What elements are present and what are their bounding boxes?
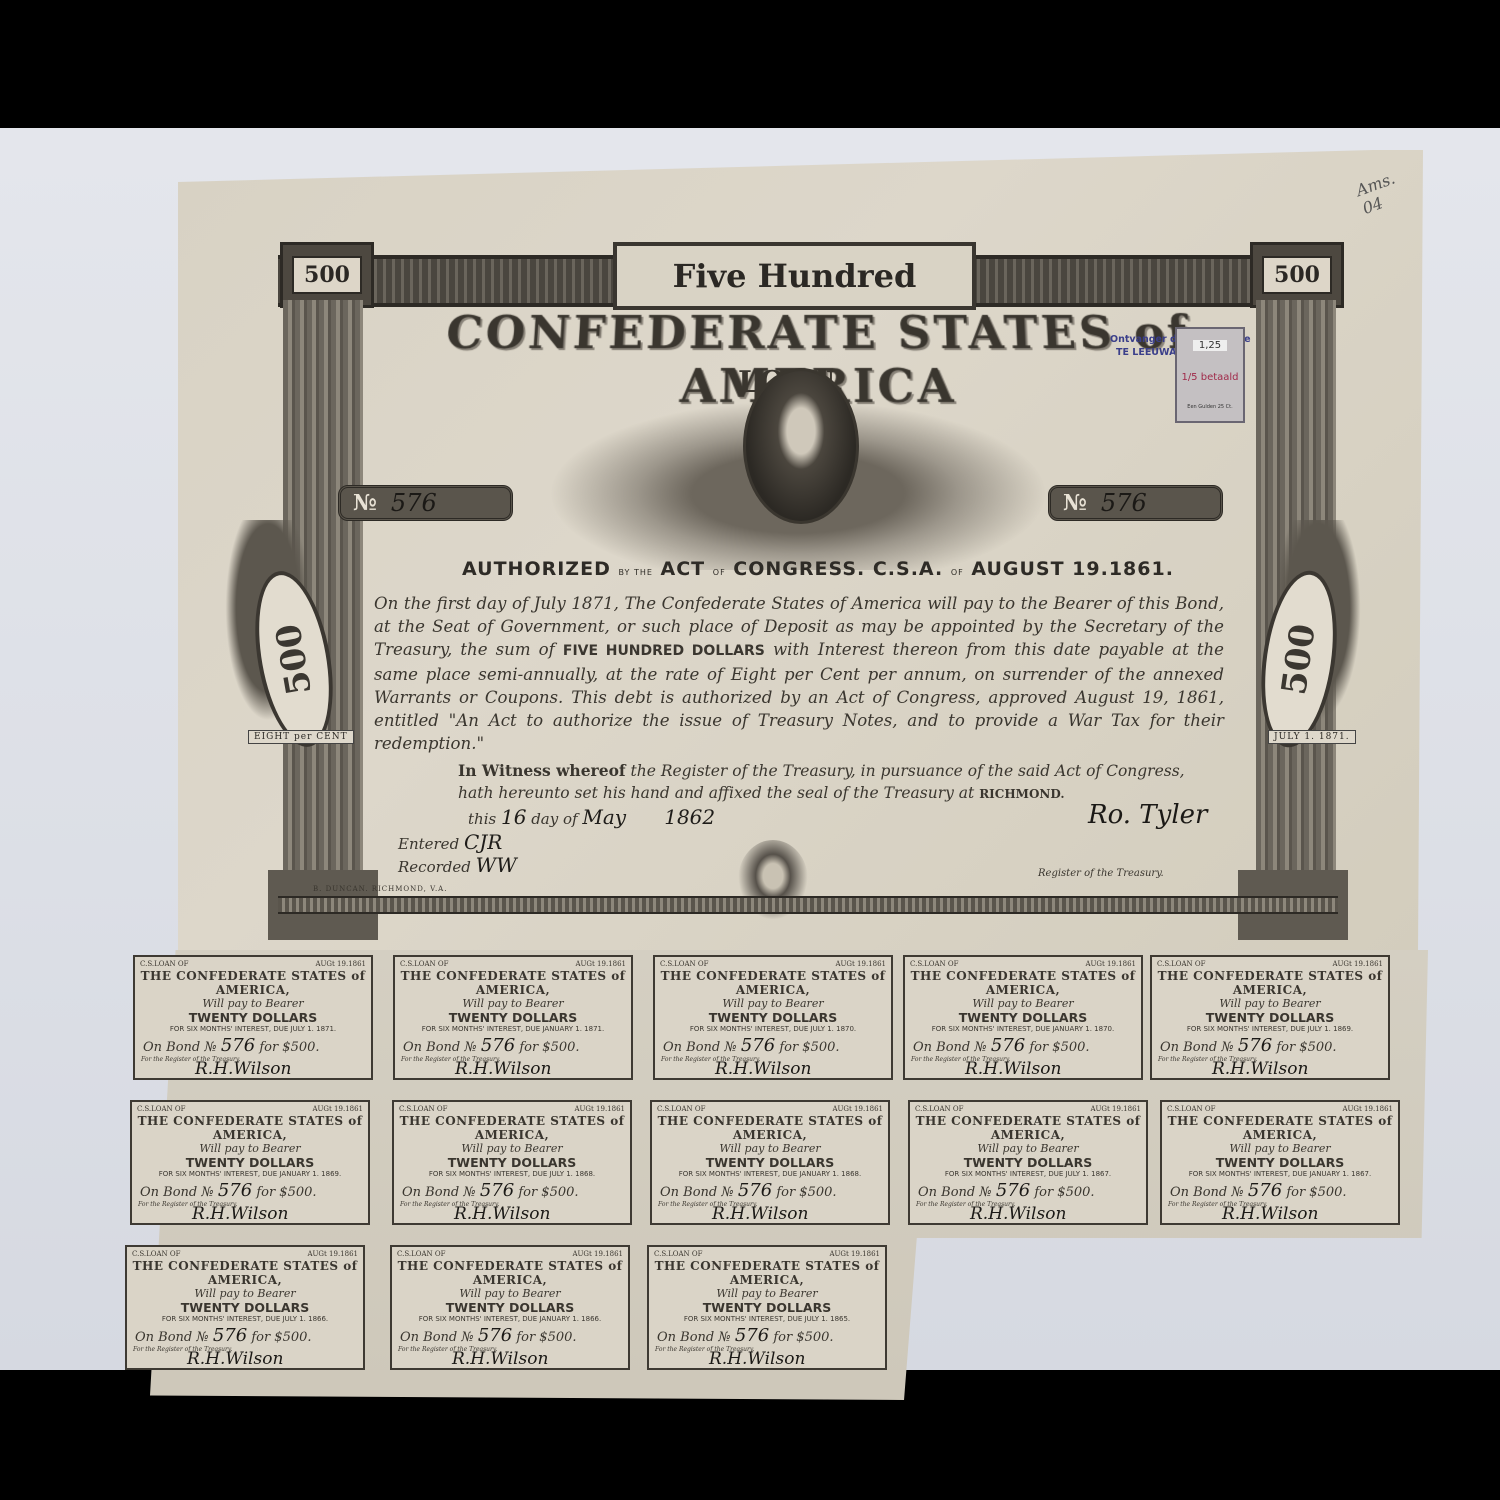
- coupon-pay-line: Will pay to Bearer: [394, 1142, 630, 1155]
- coupon-bond-line: On Bond № 576 for $500.: [395, 1035, 631, 1056]
- coupon-amount: TWENTY DOLLARS: [905, 1010, 1141, 1025]
- coupon-issuer: THE CONFEDERATE STATES of AMERICA,: [910, 1114, 1146, 1142]
- register-signature: Ro. Tyler: [1088, 800, 1207, 830]
- coupon-amount: TWENTY DOLLARS: [1152, 1010, 1388, 1025]
- coupon-due-date: JULY 1. 1869.: [1308, 1025, 1354, 1033]
- coupon-amount: TWENTY DOLLARS: [652, 1155, 888, 1170]
- interest-coupon: C.S.LOAN OFAUGt 19.1861THE CONFEDERATE S…: [653, 955, 893, 1080]
- coupon-due-date: JULY 1. 1868.: [550, 1170, 596, 1178]
- coupon-pay-line: Will pay to Bearer: [649, 1287, 885, 1300]
- coupon-bond-line: On Bond № 576 for $500.: [127, 1325, 363, 1346]
- denomination-title: Five Hundred: [613, 242, 976, 310]
- coupon-act-date: AUGt 19.1861: [315, 960, 366, 968]
- coupon-act-date: AUGt 19.1861: [312, 1105, 363, 1113]
- corner-value-left: 500: [280, 242, 374, 308]
- coupon-loan-label: C.S.LOAN OF: [1167, 1105, 1216, 1113]
- coupon-loan-label: C.S.LOAN OF: [399, 1105, 448, 1113]
- coupon-due-line: FOR SIX MONTHS' INTEREST, DUE JULY 1. 18…: [649, 1315, 885, 1323]
- coupon-bond-line: On Bond № 576 for $500.: [1152, 1035, 1388, 1056]
- coupon-pay-line: Will pay to Bearer: [1162, 1142, 1398, 1155]
- coupon-act-date: AUGt 19.1861: [575, 960, 626, 968]
- coupon-amount: TWENTY DOLLARS: [655, 1010, 891, 1025]
- coupon-loan-label: C.S.LOAN OF: [140, 960, 189, 968]
- corner-value-right: 500: [1250, 242, 1344, 308]
- coupon-bond-line: On Bond № 576 for $500.: [135, 1035, 371, 1056]
- coupon-issuer: THE CONFEDERATE STATES of AMERICA,: [1152, 969, 1388, 997]
- coupon-act-date: AUGt 19.1861: [832, 1105, 883, 1113]
- coupon-due-line: FOR SIX MONTHS' INTEREST, DUE JULY 1. 18…: [1152, 1025, 1388, 1033]
- coupon-due-date: JULY 1. 1867.: [1066, 1170, 1112, 1178]
- coupon-amount: TWENTY DOLLARS: [127, 1300, 363, 1315]
- coupon-amount: TWENTY DOLLARS: [392, 1300, 628, 1315]
- recorded-line: Recorded WW: [398, 853, 517, 877]
- revenue-stamp: 1,25 1/5 betaald Een Gulden 25 Ct.: [1175, 327, 1245, 423]
- coupon-bond-line: On Bond № 576 for $500.: [905, 1035, 1141, 1056]
- coupon-due-date: JANUARY 1. 1870.: [1052, 1025, 1114, 1033]
- coupon-due-date: JANUARY 1. 1866.: [539, 1315, 601, 1323]
- coupon-issuer: THE CONFEDERATE STATES of AMERICA,: [649, 1259, 885, 1287]
- register-title: Register of the Treasury.: [1038, 868, 1164, 879]
- coupon-due-date: JANUARY 1. 1871.: [542, 1025, 604, 1033]
- coupon-act-date: AUGt 19.1861: [1332, 960, 1383, 968]
- coupon-due-line: FOR SIX MONTHS' INTEREST, DUE JULY 1. 18…: [135, 1025, 371, 1033]
- coupon-due-line: FOR SIX MONTHS' INTEREST, DUE JANUARY 1.…: [395, 1025, 631, 1033]
- interest-coupon: C.S.LOAN OFAUGt 19.1861THE CONFEDERATE S…: [1150, 955, 1390, 1080]
- coupon-loan-label: C.S.LOAN OF: [132, 1250, 181, 1258]
- coupon-issuer: THE CONFEDERATE STATES of AMERICA,: [394, 1114, 630, 1142]
- coupon-due-date: JULY 1. 1866.: [283, 1315, 329, 1323]
- coupon-loan-label: C.S.LOAN OF: [660, 960, 709, 968]
- coupon-due-line: FOR SIX MONTHS' INTEREST, DUE JULY 1. 18…: [910, 1170, 1146, 1178]
- coupon-amount: TWENTY DOLLARS: [1162, 1155, 1398, 1170]
- principal-amount: FIVE HUNDRED DOLLARS: [563, 643, 765, 659]
- coupon-loan-label: C.S.LOAN OF: [397, 1250, 446, 1258]
- coupon-act-date: AUGt 19.1861: [829, 1250, 880, 1258]
- coupon-pay-line: Will pay to Bearer: [1152, 997, 1388, 1010]
- coupon-issuer: THE CONFEDERATE STATES of AMERICA,: [127, 1259, 363, 1287]
- coupon-issuer: THE CONFEDERATE STATES of AMERICA,: [652, 1114, 888, 1142]
- coupon-loan-label: C.S.LOAN OF: [400, 960, 449, 968]
- coupon-amount: TWENTY DOLLARS: [135, 1010, 371, 1025]
- coupon-due-line: FOR SIX MONTHS' INTEREST, DUE JANUARY 1.…: [905, 1025, 1141, 1033]
- coupon-due-date: JULY 1. 1870.: [811, 1025, 857, 1033]
- coupon-bond-line: On Bond № 576 for $500.: [910, 1180, 1146, 1201]
- portrait-vignette: [743, 368, 859, 524]
- serial-number-left: № 576: [338, 485, 513, 521]
- coupon-loan-label: C.S.LOAN OF: [654, 1250, 703, 1258]
- coupon-due-line: FOR SIX MONTHS' INTEREST, DUE JULY 1. 18…: [655, 1025, 891, 1033]
- coupon-issuer: THE CONFEDERATE STATES of AMERICA,: [905, 969, 1141, 997]
- coupon-bond-line: On Bond № 576 for $500.: [132, 1180, 368, 1201]
- interest-coupon: C.S.LOAN OFAUGt 19.1861THE CONFEDERATE S…: [908, 1100, 1148, 1225]
- coupon-due-date: JANUARY 1. 1869.: [279, 1170, 341, 1178]
- coupon-bond-line: On Bond № 576 for $500.: [394, 1180, 630, 1201]
- coupon-amount: TWENTY DOLLARS: [910, 1155, 1146, 1170]
- interest-coupon: C.S.LOAN OFAUGt 19.1861THE CONFEDERATE S…: [393, 955, 633, 1080]
- right-ribbon: JULY 1. 1871.: [1268, 730, 1356, 744]
- coupon-pay-line: Will pay to Bearer: [135, 997, 371, 1010]
- coupon-bond-line: On Bond № 576 for $500.: [655, 1035, 891, 1056]
- bond-sheet: Ams. 04 500 Five Hundred 500 500 500 EIG…: [178, 150, 1423, 950]
- coupon-loan-label: C.S.LOAN OF: [657, 1105, 706, 1113]
- coupon-loan-label: C.S.LOAN OF: [910, 960, 959, 968]
- bottom-border-ornament: [278, 896, 1338, 914]
- coupon-due-date: JANUARY 1. 1867.: [1309, 1170, 1371, 1178]
- coupon-act-date: AUGt 19.1861: [1342, 1105, 1393, 1113]
- serial-number-right: № 576: [1048, 485, 1223, 521]
- coupon-amount: TWENTY DOLLARS: [649, 1300, 885, 1315]
- coupon-issuer: THE CONFEDERATE STATES of AMERICA,: [132, 1114, 368, 1142]
- interest-coupon: C.S.LOAN OFAUGt 19.1861THE CONFEDERATE S…: [903, 955, 1143, 1080]
- coupon-issuer: THE CONFEDERATE STATES of AMERICA,: [135, 969, 371, 997]
- coupon-amount: TWENTY DOLLARS: [132, 1155, 368, 1170]
- coupon-amount: TWENTY DOLLARS: [395, 1010, 631, 1025]
- interest-coupon: C.S.LOAN OFAUGt 19.1861THE CONFEDERATE S…: [125, 1245, 365, 1370]
- coupon-bond-line: On Bond № 576 for $500.: [392, 1325, 628, 1346]
- coupon-amount: TWENTY DOLLARS: [394, 1155, 630, 1170]
- coupon-loan-label: C.S.LOAN OF: [1157, 960, 1206, 968]
- coupon-act-date: AUGt 19.1861: [307, 1250, 358, 1258]
- coupon-pay-line: Will pay to Bearer: [395, 997, 631, 1010]
- witness-clause: In Witness whereof the Register of the T…: [458, 760, 1218, 805]
- coupon-issuer: THE CONFEDERATE STATES of AMERICA,: [392, 1259, 628, 1287]
- coupon-issuer: THE CONFEDERATE STATES of AMERICA,: [395, 969, 631, 997]
- coupon-pay-line: Will pay to Bearer: [905, 997, 1141, 1010]
- interest-coupon: C.S.LOAN OFAUGt 19.1861THE CONFEDERATE S…: [130, 1100, 370, 1225]
- coupon-due-date: JULY 1. 1865.: [805, 1315, 851, 1323]
- coupon-pay-line: Will pay to Bearer: [132, 1142, 368, 1155]
- coupon-act-date: AUGt 19.1861: [1085, 960, 1136, 968]
- coupon-pay-line: Will pay to Bearer: [127, 1287, 363, 1300]
- pencil-annotation: Ams. 04: [1353, 160, 1427, 218]
- interest-coupon: C.S.LOAN OFAUGt 19.1861THE CONFEDERATE S…: [390, 1245, 630, 1370]
- coupon-pay-line: Will pay to Bearer: [655, 997, 891, 1010]
- entered-line: Entered CJR: [398, 830, 502, 854]
- coupon-act-date: AUGt 19.1861: [1090, 1105, 1141, 1113]
- coupon-pay-line: Will pay to Bearer: [392, 1287, 628, 1300]
- interest-coupon: C.S.LOAN OFAUGt 19.1861THE CONFEDERATE S…: [647, 1245, 887, 1370]
- coupon-loan-label: C.S.LOAN OF: [137, 1105, 186, 1113]
- coupon-due-line: FOR SIX MONTHS' INTEREST, DUE JANUARY 1.…: [132, 1170, 368, 1178]
- coupon-due-line: FOR SIX MONTHS' INTEREST, DUE JULY 1. 18…: [127, 1315, 363, 1323]
- coupon-loan-label: C.S.LOAN OF: [915, 1105, 964, 1113]
- coupon-due-line: FOR SIX MONTHS' INTEREST, DUE JANUARY 1.…: [652, 1170, 888, 1178]
- coupon-due-line: FOR SIX MONTHS' INTEREST, DUE JANUARY 1.…: [1162, 1170, 1398, 1178]
- coupon-issuer: THE CONFEDERATE STATES of AMERICA,: [1162, 1114, 1398, 1142]
- coupon-issuer: THE CONFEDERATE STATES of AMERICA,: [655, 969, 891, 997]
- printer-imprint: B. DUNCAN. RICHMOND, V.A.: [313, 885, 447, 893]
- interest-coupon: C.S.LOAN OFAUGt 19.1861THE CONFEDERATE S…: [392, 1100, 632, 1225]
- coupon-pay-line: Will pay to Bearer: [652, 1142, 888, 1155]
- coupon-act-date: AUGt 19.1861: [835, 960, 886, 968]
- interest-coupon: C.S.LOAN OFAUGt 19.1861THE CONFEDERATE S…: [650, 1100, 890, 1225]
- coupon-act-date: AUGt 19.1861: [572, 1250, 623, 1258]
- interest-coupon: C.S.LOAN OFAUGt 19.1861THE CONFEDERATE S…: [133, 955, 373, 1080]
- coupon-due-line: FOR SIX MONTHS' INTEREST, DUE JULY 1. 18…: [394, 1170, 630, 1178]
- coupon-due-line: FOR SIX MONTHS' INTEREST, DUE JANUARY 1.…: [392, 1315, 628, 1323]
- coupon-bond-line: On Bond № 576 for $500.: [649, 1325, 885, 1346]
- coupon-due-date: JULY 1. 1871.: [291, 1025, 337, 1033]
- coupon-pay-line: Will pay to Bearer: [910, 1142, 1146, 1155]
- coupon-due-date: JANUARY 1. 1868.: [799, 1170, 861, 1178]
- interest-coupon: C.S.LOAN OFAUGt 19.1861THE CONFEDERATE S…: [1160, 1100, 1400, 1225]
- coupon-act-date: AUGt 19.1861: [574, 1105, 625, 1113]
- bond-body-text: On the first day of July 1871, The Confe…: [374, 592, 1224, 755]
- authorization-line: AUTHORIZED BY THE ACT OF CONGRESS. C.S.A…: [378, 558, 1258, 580]
- coupon-bond-line: On Bond № 576 for $500.: [1162, 1180, 1398, 1201]
- left-ribbon: EIGHT per CENT: [248, 730, 354, 744]
- issue-date-line: this 16 day of May 1862: [468, 805, 715, 829]
- coupon-bond-line: On Bond № 576 for $500.: [652, 1180, 888, 1201]
